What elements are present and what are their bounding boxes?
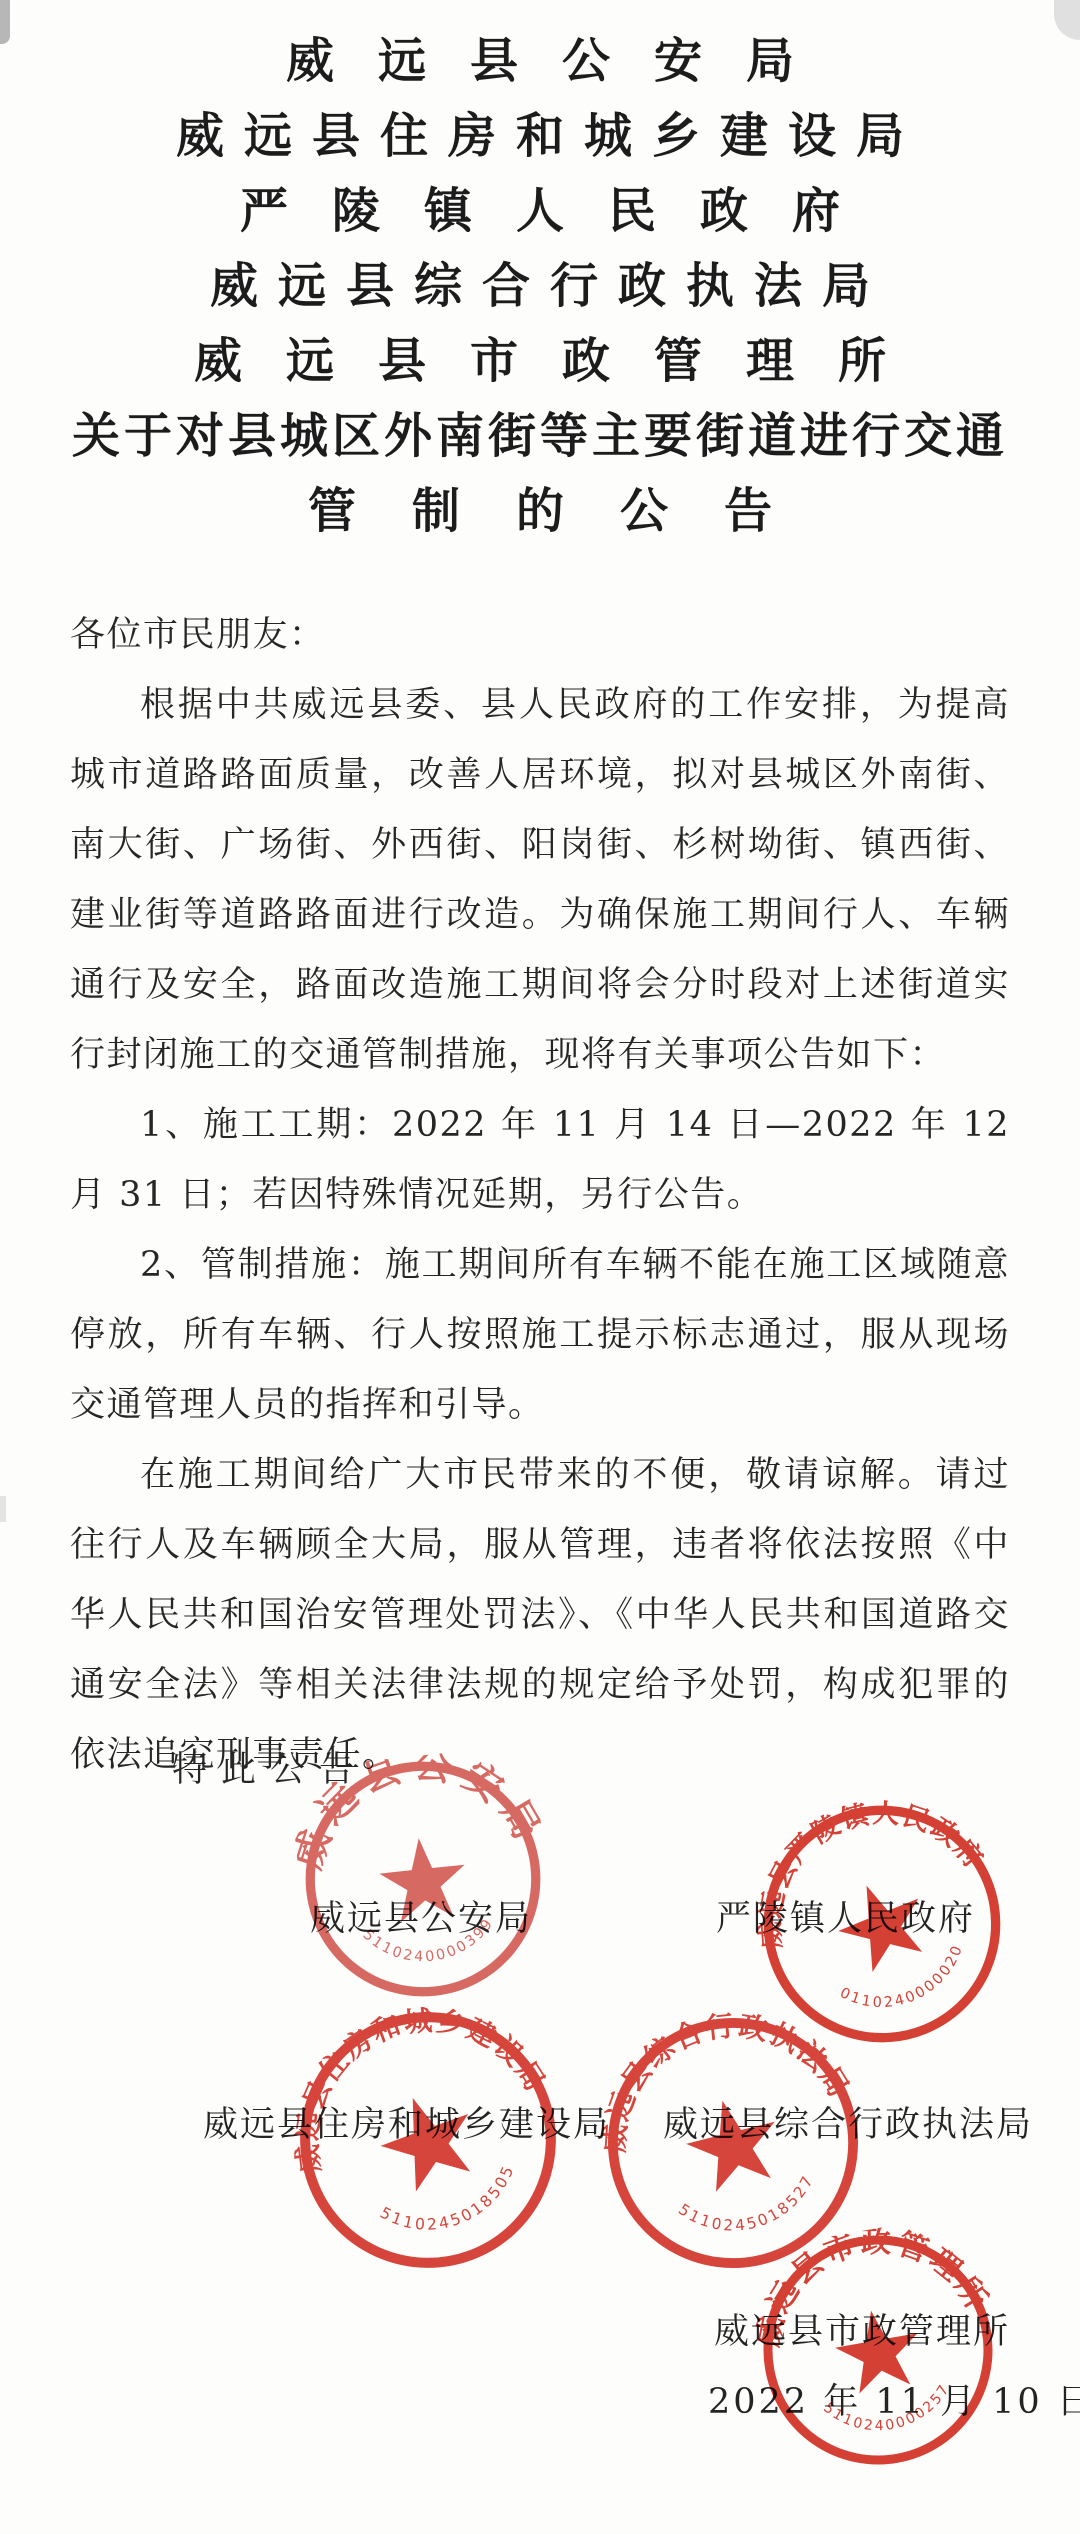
notice-page: 威远县公安局 威远县住房和城乡建设局 严陵镇人民政府 威远县综合行政执法局 威远…: [0, 0, 1080, 2534]
agency-line-psb: 威远县公安局: [0, 24, 1080, 99]
seal-ring-text: 威远县综合行政执法局: [574, 1984, 859, 2161]
notice-body: 各位市民朋友： 根据中共威远县委、县人民政府的工作安排，为提高城市道路路面质量，…: [70, 600, 1010, 1790]
notice-title-line2: 管制的公告: [0, 474, 1080, 549]
star-icon: [830, 2303, 926, 2396]
svg-text:5110240000257: 5110240000257: [818, 2378, 959, 2444]
body-paragraph-schedule: 1、施工工期：2022 年 11 月 14 日—2022 年 12 月 31 日…: [70, 1090, 1010, 1230]
agency-line-enforce: 威远县综合行政执法局: [0, 249, 1080, 324]
official-seal-municipal: 威远县市政管理所 5110240000257: [739, 2211, 1017, 2489]
agency-line-municipal: 威远县市政管理所: [0, 324, 1080, 399]
seal-serial: 5110240000257: [818, 2378, 959, 2444]
star-icon: [826, 1869, 937, 1978]
notice-title-line1: 关于对县城区外南街等主要街道进行交通: [0, 399, 1080, 474]
body-paragraph-measures: 2、管制措施：施工期间所有车辆不能在施工区域随意停放，所有车辆、行人按照施工提示…: [70, 1230, 1010, 1440]
agency-line-yanling: 严陵镇人民政府: [0, 174, 1080, 249]
svg-text:威远县综合行政执法局: 威远县综合行政执法局: [574, 1984, 859, 2161]
svg-text:5110240000399: 5110240000399: [358, 1914, 500, 1972]
seal-serial: 5110240000399: [358, 1914, 500, 1972]
agency-line-housing: 威远县住房和城乡建设局: [0, 99, 1080, 174]
official-seal-housing: 威远县住房和城乡建设局 5110245018505: [256, 1968, 599, 2311]
seal-serial: 0110240000020: [833, 1937, 979, 2030]
body-paragraph-intro: 根据中共威远县委、县人民政府的工作安排，为提高城市道路路面质量，改善人居环境，拟…: [70, 670, 1010, 1090]
star-icon: [369, 2082, 487, 2197]
svg-text:0110240000020: 0110240000020: [833, 1937, 979, 2030]
body-paragraph-legal: 在施工期间给广大市民带来的不便，敬请谅解。请过往行人及车辆顾全大局，服从管理，违…: [70, 1440, 1010, 1790]
official-seal-psb: 威远县公安局 5110240000399: [288, 1744, 558, 2014]
salutation: 各位市民朋友：: [70, 600, 1010, 670]
star-icon: [678, 2090, 788, 2196]
scan-artifact: [0, 0, 10, 44]
notice-header: 威远县公安局 威远县住房和城乡建设局 严陵镇人民政府 威远县综合行政执法局 威远…: [0, 24, 1080, 549]
scan-artifact: [0, 1496, 6, 1522]
star-icon: [376, 1834, 470, 1924]
